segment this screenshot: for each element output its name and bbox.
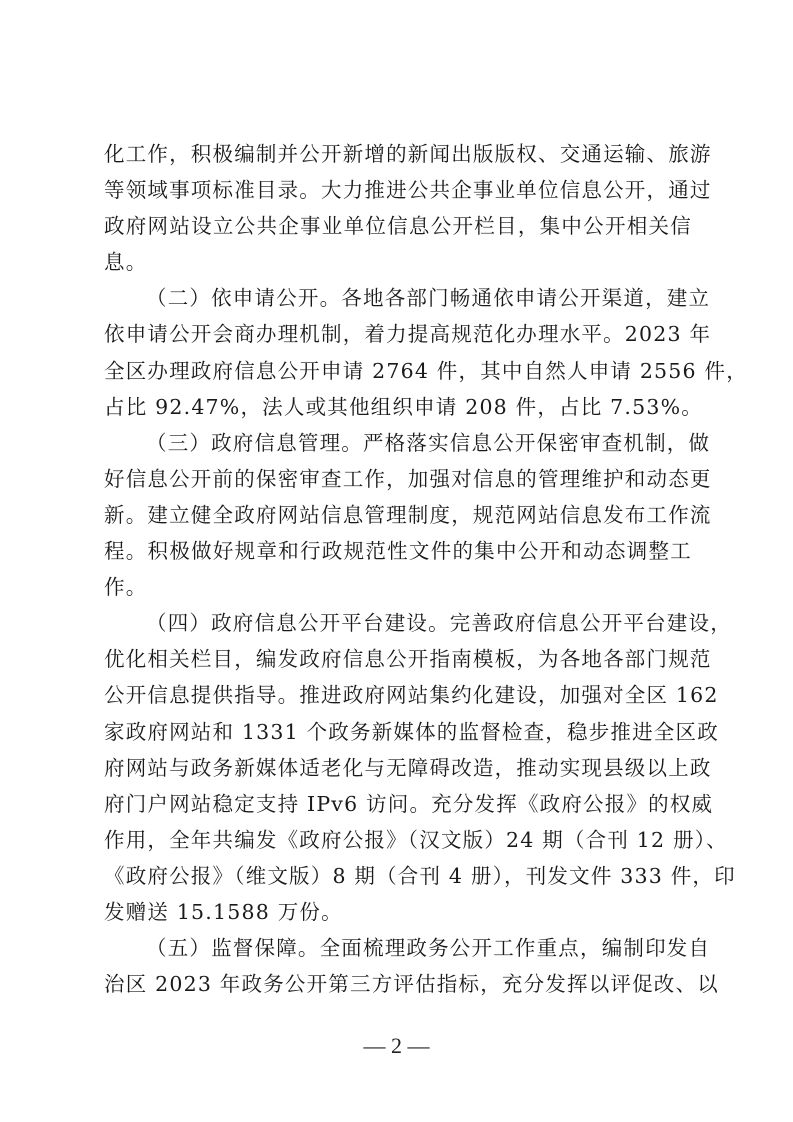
text-line: 优化相关栏目，编发政府信息公开指南模板，为各地各部门规范 bbox=[104, 641, 692, 677]
text-line: 《政府公报》（维文版）8 期（合刊 4 册），刊发文件 333 件，印 bbox=[104, 858, 692, 894]
text-line: 占比 92.47%，法人或其他组织申请 208 件，占比 7.53%。 bbox=[104, 389, 692, 425]
section-heading-line: （五）监督保障。全面梳理政务公开工作重点，编制印发自 bbox=[104, 930, 692, 966]
section-heading-line: （二）依申请公开。各地各部门畅通依申请公开渠道，建立 bbox=[104, 280, 692, 316]
text-line: 治区 2023 年政务公开第三方评估指标，充分发挥以评促改、以 bbox=[104, 966, 692, 1002]
text-line: 政府网站设立公共企事业单位信息公开栏目，集中公开相关信 bbox=[104, 208, 692, 244]
text-line: 作。 bbox=[104, 569, 692, 605]
text-line: 公开信息提供指导。推进政府网站集约化建设，加强对全区 162 bbox=[104, 677, 692, 713]
section-heading-line: （三）政府信息管理。严格落实信息公开保密审查机制，做 bbox=[104, 425, 692, 461]
text-line: 依申请公开会商办理机制，着力提高规范化办理水平。2023 年 bbox=[104, 316, 692, 352]
paragraph-information-management: （三）政府信息管理。严格落实信息公开保密审查机制，做 好信息公开前的保密审查工作… bbox=[104, 425, 692, 605]
text-line: 等领域事项标准目录。大力推进公共企事业单位信息公开，通过 bbox=[104, 172, 692, 208]
text-line: 息。 bbox=[104, 244, 692, 280]
text-line: 新。建立健全政府网站信息管理制度，规范网站信息发布工作流 bbox=[104, 497, 692, 533]
text-line: 发赠送 15.1588 万份。 bbox=[104, 894, 692, 930]
section-heading-line: （四）政府信息公开平台建设。完善政府信息公开平台建设， bbox=[104, 605, 692, 641]
paragraph-application-disclosure: （二）依申请公开。各地各部门畅通依申请公开渠道，建立 依申请公开会商办理机制，着… bbox=[104, 280, 692, 424]
text-line: 府门户网站稳定支持 IPv6 访问。充分发挥《政府公报》的权威 bbox=[104, 786, 692, 822]
page-number: — 2 — bbox=[0, 1033, 793, 1059]
text-line: 作用，全年共编发《政府公报》（汉文版）24 期（合刊 12 册）、 bbox=[104, 822, 692, 858]
document-body: 化工作，积极编制并公开新增的新闻出版版权、交通运输、旅游 等领域事项标准目录。大… bbox=[104, 136, 692, 1002]
text-line: 全区办理政府信息公开申请 2764 件，其中自然人申请 2556 件， bbox=[104, 353, 692, 389]
text-line: 家政府网站和 1331 个政务新媒体的监督检查，稳步推进全区政 bbox=[104, 714, 692, 750]
paragraph-supervision: （五）监督保障。全面梳理政务公开工作重点，编制印发自 治区 2023 年政务公开… bbox=[104, 930, 692, 1002]
text-line: 府网站与政务新媒体适老化与无障碍改造，推动实现县级以上政 bbox=[104, 750, 692, 786]
paragraph-platform-construction: （四）政府信息公开平台建设。完善政府信息公开平台建设， 优化相关栏目，编发政府信… bbox=[104, 605, 692, 930]
text-line: 好信息公开前的保密审查工作，加强对信息的管理维护和动态更 bbox=[104, 461, 692, 497]
text-line: 程。积极做好规章和行政规范性文件的集中公开和动态调整工 bbox=[104, 533, 692, 569]
text-line: 化工作，积极编制并公开新增的新闻出版版权、交通运输、旅游 bbox=[104, 136, 692, 172]
paragraph-continued: 化工作，积极编制并公开新增的新闻出版版权、交通运输、旅游 等领域事项标准目录。大… bbox=[104, 136, 692, 280]
document-page: 化工作，积极编制并公开新增的新闻出版版权、交通运输、旅游 等领域事项标准目录。大… bbox=[0, 0, 793, 1122]
